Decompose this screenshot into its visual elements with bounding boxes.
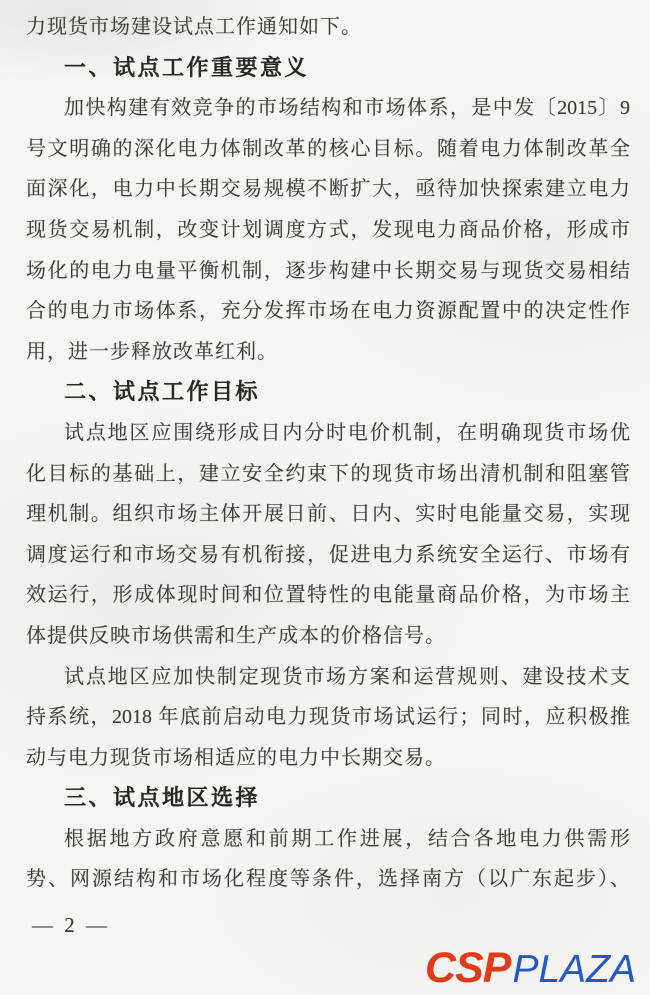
- document-body: 力现货市场建设试点工作通知如下。 一、试点工作重要意义 加快构建有效竞争的市场结…: [26, 7, 630, 900]
- document-line: 动与电力现货市场相适应的电力中长期交易。: [26, 738, 630, 779]
- document-line: 效运行，形成体现时间和位置特性的电能量商品价格，为市场主: [26, 575, 630, 616]
- document-line: 试点地区应围绕形成日内分时电价机制，在明确现货市场优: [26, 413, 630, 454]
- document-line: 加快构建有效竞争的市场结构和市场体系，是中发〔2015〕9: [26, 88, 630, 129]
- document-line: 号文明确的深化电力体制改革的核心目标。随着电力体制改革全: [26, 129, 630, 170]
- document-line: 试点地区应加快制定现货市场方案和运营规则、建设技术支: [26, 657, 630, 698]
- csp-plaza-logo: CSPPLAZA: [425, 947, 636, 990]
- section-heading-2: 二、试点工作目标: [26, 372, 630, 413]
- logo-csp-text: CSP: [425, 944, 510, 992]
- document-line: 化目标的基础上，建立安全约束下的现货市场出清机制和阻塞管: [26, 454, 630, 495]
- document-line: 用，进一步释放改革红利。: [26, 332, 630, 373]
- logo-plaza-text: PLAZA: [512, 948, 636, 991]
- document-line: 力现货市场建设试点工作通知如下。: [26, 7, 630, 48]
- document-line: 现货交易机制，改变计划调度方式，发现电力商品价格，形成市: [26, 210, 630, 251]
- document-line: 调度运行和市场交易有机衔接，促进电力系统安全运行、市场有: [26, 535, 630, 576]
- document-line: 面深化，电力中长期交易规模不断扩大，亟待加快探索建立电力: [26, 169, 630, 210]
- page-footer: — 2 — CSPPLAZA: [26, 903, 636, 995]
- document-line: 合的电力市场体系，充分发挥市场在电力资源配置中的决定性作: [26, 291, 630, 332]
- section-heading-1: 一、试点工作重要意义: [26, 48, 630, 89]
- document-page: 力现货市场建设试点工作通知如下。 一、试点工作重要意义 加快构建有效竞争的市场结…: [0, 0, 650, 995]
- document-line: 根据地方政府意愿和前期工作进展，结合各地电力供需形: [26, 819, 630, 860]
- document-line: 持系统，2018 年底前启动电力现货市场试运行；同时，应积极推: [26, 697, 630, 738]
- document-line: 理机制。组织市场主体开展日前、日内、实时电能量交易，实现: [26, 494, 630, 535]
- section-heading-3: 三、试点地区选择: [26, 778, 630, 819]
- document-line: 场化的电力电量平衡机制，逐步构建中长期交易与现货交易相结: [26, 251, 630, 292]
- page-number: — 2 —: [32, 913, 110, 938]
- document-line: 势、网源结构和市场化程度等条件，选择南方（以广东起步）、: [26, 859, 630, 900]
- document-line: 体提供反映市场供需和生产成本的价格信号。: [26, 616, 630, 657]
